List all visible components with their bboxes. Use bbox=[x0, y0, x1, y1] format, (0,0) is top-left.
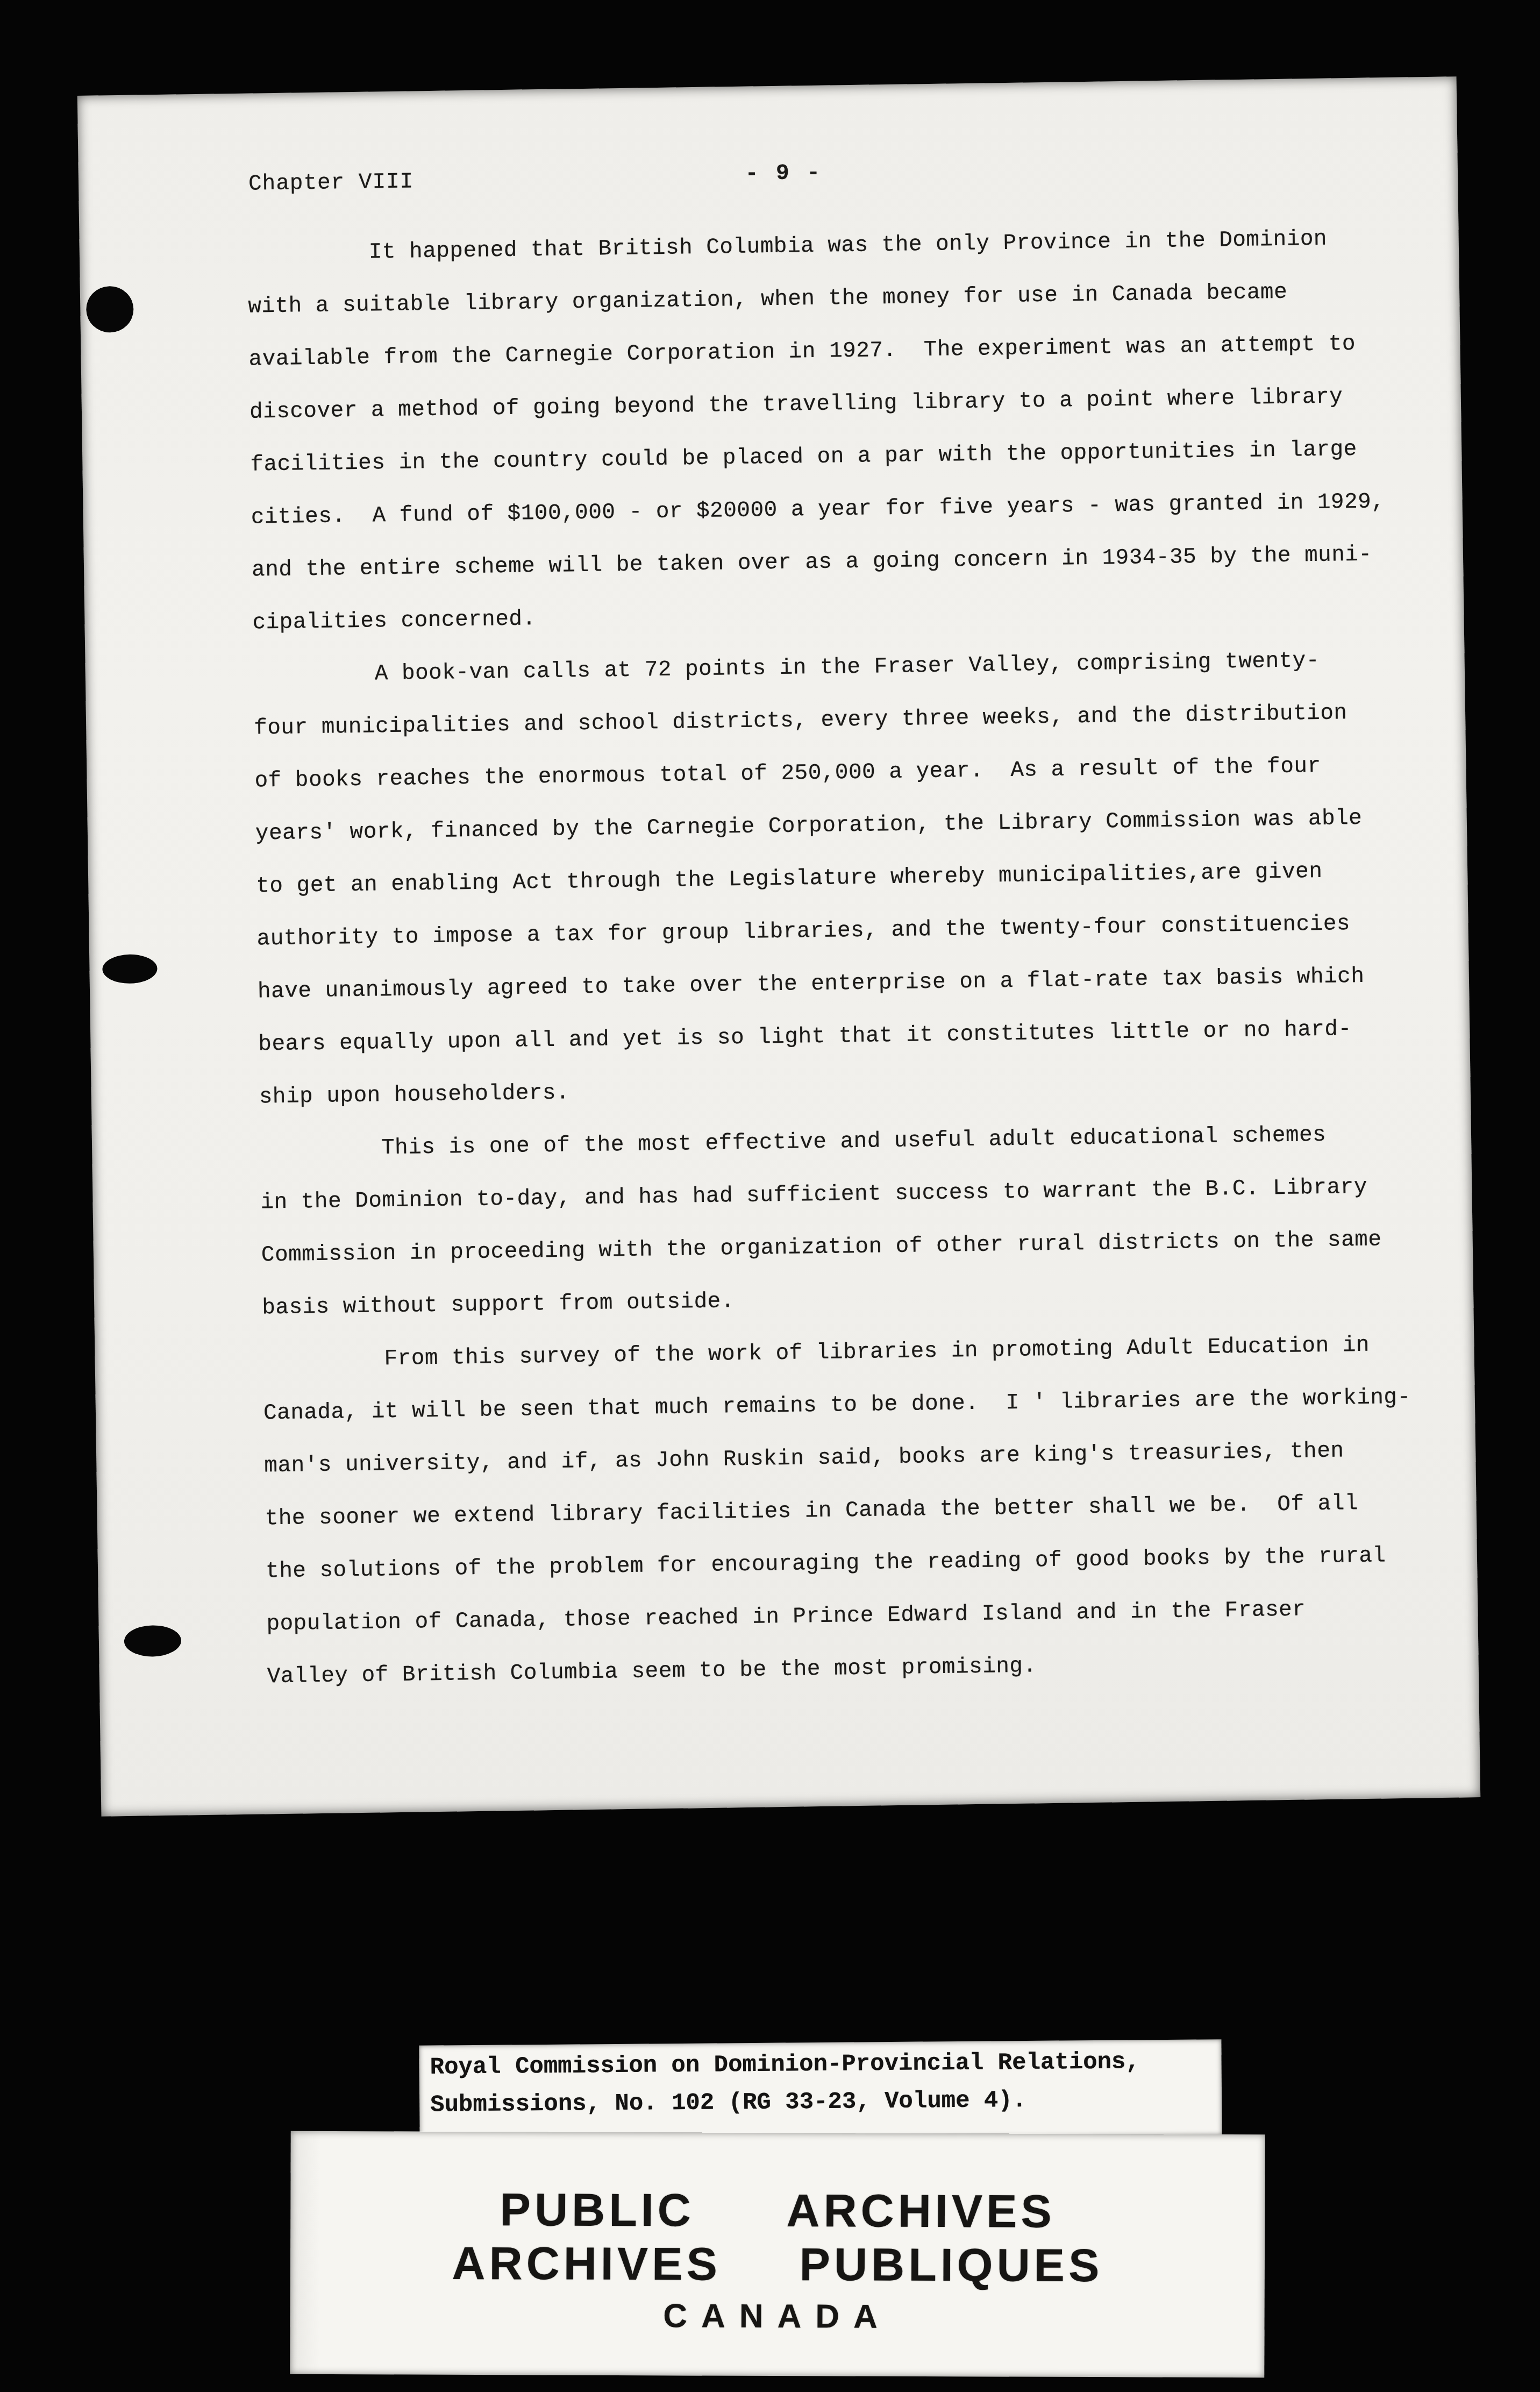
royal-commission-stamp: Royal Commission on Dominion-Provincial … bbox=[419, 2039, 1222, 2141]
public-archives-stamp-line-3: CANADA bbox=[290, 2296, 1264, 2337]
public-archives-stamp-line-1: PUBLIC ARCHIVES bbox=[290, 2183, 1265, 2239]
hole-punch-icon bbox=[102, 954, 158, 984]
scanned-page: Chapter VIII - 9 - It happened that Brit… bbox=[77, 76, 1480, 1817]
royal-commission-stamp-line-2: Submissions, No. 102 (RG 33-23, Volume 4… bbox=[430, 2087, 1026, 2119]
body-text: It happened that British Columbia was th… bbox=[247, 212, 1407, 1703]
page-number: - 9 - bbox=[745, 161, 823, 187]
royal-commission-stamp-line-1: Royal Commission on Dominion-Provincial … bbox=[430, 2048, 1140, 2081]
public-archives-stamp-line-2: ARCHIVES PUBLIQUES bbox=[290, 2237, 1265, 2293]
public-archives-stamp: PUBLIC ARCHIVES ARCHIVES PUBLIQUES CANAD… bbox=[290, 2131, 1265, 2377]
chapter-heading: Chapter VIII bbox=[248, 169, 414, 196]
hole-punch-icon bbox=[124, 1625, 182, 1657]
archival-scan: { "page": { "chapter": "Chapter VIII", "… bbox=[0, 0, 1540, 2392]
hole-punch-icon bbox=[86, 286, 134, 333]
